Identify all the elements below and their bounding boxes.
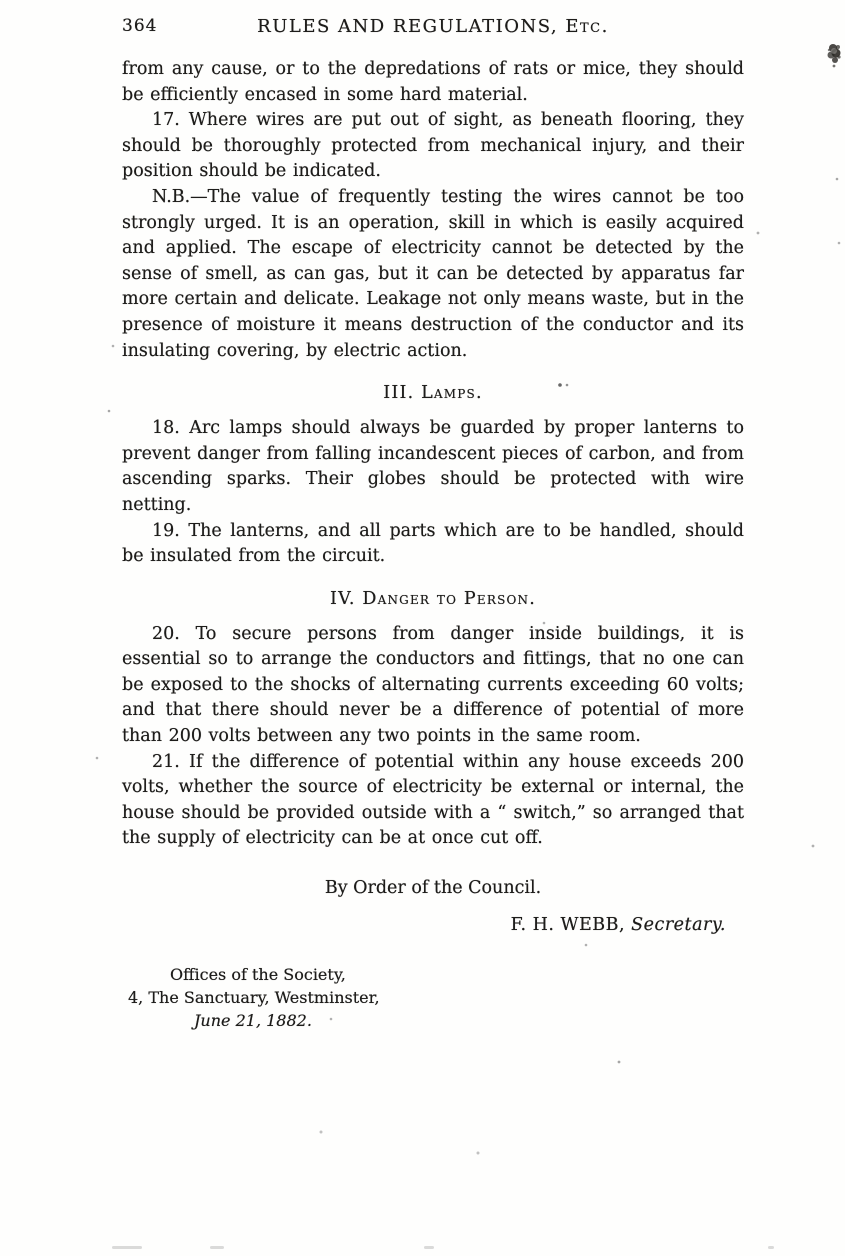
ink-blot-shape [822, 40, 842, 74]
signature-name: F. H. WEBB, [511, 915, 625, 935]
paragraph-21: 21. If the difference of potential withi… [122, 750, 744, 852]
paragraph-18: 18. Arc lamps should always be guarded b… [122, 416, 744, 518]
paragraph-continuation: from any cause, or to the depredations o… [122, 57, 744, 108]
running-title: RULES AND REGULATIONS, Etc. [122, 16, 744, 37]
ink-blot [822, 40, 842, 74]
paragraph-nb: N.B.—The value of frequently testing the… [122, 185, 744, 364]
address-line-3: June 21, 1882. [194, 1009, 744, 1032]
address-line-1: Offices of the Society, [170, 963, 744, 986]
paragraph-20: 20. To secure persons from danger inside… [122, 622, 744, 750]
address-block: Offices of the Society, 4, The Sanctuary… [122, 963, 744, 1032]
paragraph-19: 19. The lanterns, and all parts which ar… [122, 519, 744, 570]
signature-line: F. H. WEBB, Secretary. [122, 915, 726, 935]
page-header: 364 RULES AND REGULATIONS, Etc. [122, 16, 744, 46]
paragraph-17: 17. Where wires are put out of sight, as… [122, 108, 744, 185]
bleed-mark [424, 1246, 434, 1249]
bleed-mark [210, 1246, 224, 1249]
section-heading-danger: IV. Danger to Person. [122, 589, 744, 609]
page-number: 364 [122, 16, 157, 36]
scan-noise-specks [0, 0, 2, 2]
page-body: from any cause, or to the depredations o… [122, 57, 744, 1032]
bleed-mark [768, 1246, 774, 1249]
address-line-2: 4, The Sanctuary, Westminster, [128, 986, 744, 1009]
by-order-line: By Order of the Council. [122, 878, 744, 898]
bleed-mark [112, 1246, 142, 1249]
bottom-bleed-through [0, 1246, 845, 1252]
scanned-book-page: 364 RULES AND REGULATIONS, Etc. from any… [0, 0, 845, 1256]
section-heading-lamps: III. Lamps. [122, 383, 744, 403]
signature-role: Secretary. [631, 915, 726, 935]
